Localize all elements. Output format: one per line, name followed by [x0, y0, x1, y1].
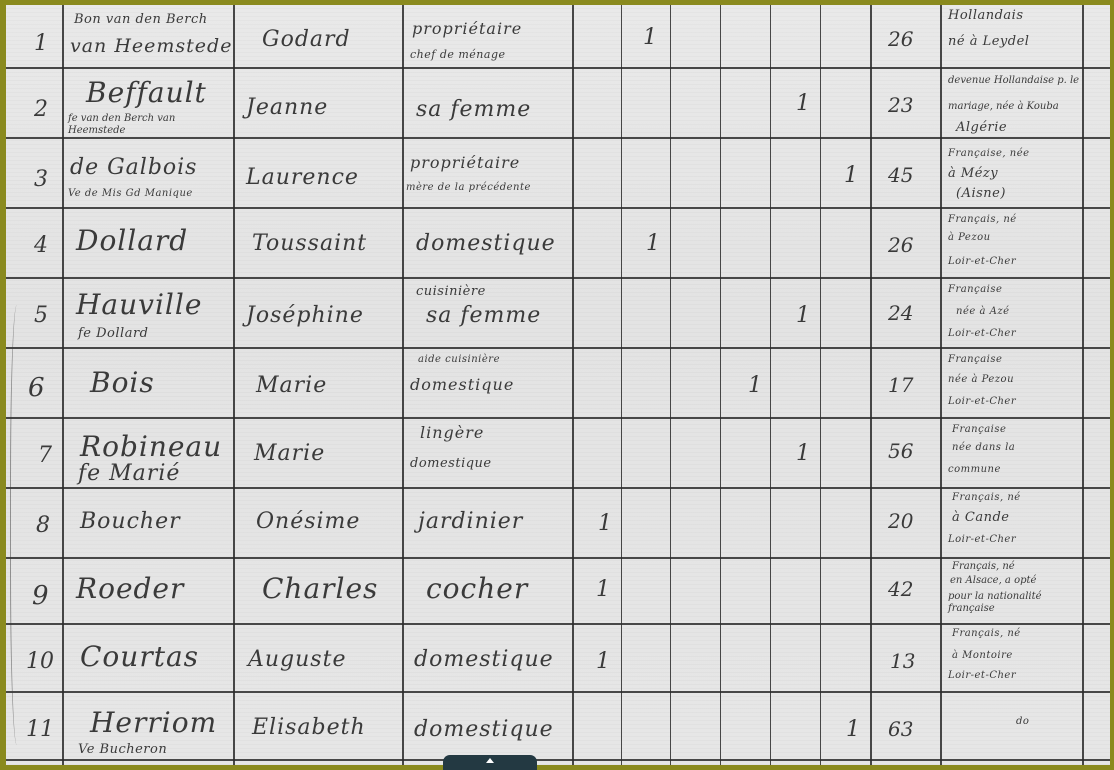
row-number: 8 — [36, 515, 50, 537]
tick-mark: 1 — [796, 443, 810, 465]
grid-line — [820, 5, 821, 765]
bracket-mark — [10, 305, 27, 745]
origin-line3: pour la nationalité française — [948, 591, 1082, 615]
origin-line3: Loir-et-Cher — [948, 329, 1016, 339]
tick-mark: 1 — [596, 579, 610, 601]
role-line1: sa femme — [416, 99, 531, 121]
age: 45 — [888, 165, 913, 185]
origin-line3: (Aisne) — [956, 187, 1006, 200]
surname-line1: Robineau — [80, 433, 222, 461]
origin-line2: à Montoire — [952, 651, 1013, 661]
tick-mark: 1 — [646, 233, 660, 255]
surname-line2: van Heemstede — [70, 37, 232, 56]
age: 24 — [888, 303, 913, 323]
given-name: Onésime — [256, 511, 360, 533]
surname-line1: Dollard — [76, 227, 188, 255]
chevron-up-icon — [486, 758, 494, 763]
surname-line1: Bon van den Berch — [74, 13, 208, 26]
origin-line1: Française — [948, 285, 1002, 295]
origin-line1: Français, né — [952, 561, 1015, 573]
row-divider — [6, 623, 1110, 625]
tick-mark: 1 — [748, 375, 762, 397]
row-number: 10 — [26, 651, 54, 673]
grid-line — [621, 5, 622, 765]
tick-mark: 1 — [596, 651, 610, 673]
row-divider — [6, 759, 1110, 761]
surname-line2: fe van den Berch van Heemstede — [68, 113, 228, 137]
row-divider — [6, 487, 1110, 489]
given-name: Joséphine — [246, 305, 364, 327]
origin-line1: Française, née — [948, 149, 1030, 159]
surname-line1: de Galbois — [70, 157, 197, 179]
role-line2: sa femme — [426, 305, 541, 327]
origin-line1: do — [1016, 717, 1029, 727]
age: 20 — [888, 511, 913, 531]
tick-mark: 1 — [844, 165, 858, 187]
row-divider — [6, 137, 1110, 139]
origin-line2: à Cande — [952, 511, 1009, 524]
given-name: Auguste — [248, 649, 346, 671]
grid-line — [940, 5, 942, 765]
surname-line2: fe Marié — [78, 463, 180, 485]
given-name: Marie — [256, 375, 327, 397]
row-divider — [6, 557, 1110, 559]
surname-line1: Bois — [90, 369, 155, 397]
origin-line1: Français, né — [952, 629, 1021, 639]
grid-line — [770, 5, 771, 765]
given-name: Elisabeth — [252, 717, 366, 739]
given-name: Jeanne — [246, 97, 328, 119]
tick-mark: 1 — [643, 27, 657, 49]
tick-mark: 1 — [796, 93, 810, 115]
age: 63 — [888, 719, 913, 739]
grid-line — [870, 5, 872, 765]
surname-line1: Hauville — [76, 291, 202, 319]
row-divider — [6, 347, 1110, 349]
age: 56 — [888, 441, 913, 461]
origin-line3: Algérie — [956, 121, 1007, 134]
role-line1: domestique — [416, 233, 556, 255]
surname-line2: Ve Bucheron — [78, 743, 167, 756]
row-number: 6 — [28, 375, 45, 401]
grid-line — [62, 5, 64, 765]
age: 42 — [888, 579, 913, 599]
grid-line — [233, 5, 235, 765]
grid-line — [720, 5, 721, 765]
origin-line2: née à Azé — [956, 307, 1010, 317]
census-page: 1 Bon van den Berch van Heemstede Godard… — [6, 5, 1110, 765]
surname-line1: Beffault — [86, 79, 207, 107]
row-number: 5 — [34, 305, 48, 327]
role-line2: domestique — [410, 377, 514, 393]
origin-line3: commune — [948, 465, 1001, 475]
role-line1: propriétaire — [410, 155, 520, 171]
row-number: 1 — [34, 33, 48, 55]
origin-line1: Française — [952, 425, 1006, 435]
age: 17 — [888, 375, 913, 395]
role-line2: mère de la précédente — [406, 183, 531, 193]
role-line1: lingère — [420, 425, 484, 441]
row-divider — [6, 207, 1110, 209]
surname-line2: Ve de Mis Gd Manique — [68, 189, 193, 199]
age: 26 — [888, 29, 913, 49]
surname-line1: Roeder — [76, 575, 184, 603]
origin-line1: Française — [948, 355, 1002, 365]
origin-line1: devenue Hollandaise p. le — [948, 75, 1080, 87]
role-line2: chef de ménage — [410, 49, 506, 60]
row-divider — [6, 277, 1110, 279]
grid-line — [402, 5, 404, 765]
origin-line2: à Mézy — [948, 167, 998, 180]
surname-line1: Courtas — [80, 643, 199, 671]
role-line1: cocher — [426, 575, 528, 603]
given-name: Laurence — [246, 167, 359, 189]
surname-line1: Herriom — [90, 709, 217, 737]
row-number: 9 — [32, 583, 49, 609]
role-line2: domestique — [410, 457, 492, 470]
row-divider — [6, 417, 1110, 419]
origin-line2: née dans la — [952, 443, 1015, 453]
role-line1: propriétaire — [412, 21, 522, 37]
role-line1: domestique — [414, 719, 554, 741]
origin-line2: mariage, née à Kouba — [948, 101, 1080, 113]
origin-line1: Hollandais — [948, 9, 1024, 22]
surname-line2: fe Dollard — [78, 327, 149, 340]
role-line1: cuisinière — [416, 285, 486, 298]
given-name: Toussaint — [252, 233, 367, 255]
origin-line3: Loir-et-Cher — [948, 397, 1016, 407]
tick-mark: 1 — [598, 513, 612, 535]
row-number: 2 — [34, 99, 48, 121]
grid-line — [572, 5, 574, 765]
origin-line1: Français, né — [948, 215, 1017, 225]
row-number: 7 — [38, 445, 52, 467]
given-name: Marie — [254, 443, 325, 465]
role-line1: domestique — [414, 649, 554, 671]
row-number: 3 — [34, 169, 48, 191]
origin-line3: Loir-et-Cher — [948, 535, 1016, 545]
origin-line2: en Alsace, a opté — [950, 575, 1036, 587]
origin-line1: Français, né — [952, 493, 1021, 503]
role-line1: jardinier — [418, 511, 523, 533]
role-line1: aide cuisinière — [418, 355, 500, 365]
tick-mark: 1 — [796, 305, 810, 327]
age: 13 — [890, 651, 915, 671]
given-name: Charles — [262, 575, 378, 603]
row-number: 11 — [26, 719, 54, 741]
origin-line3: Loir-et-Cher — [948, 671, 1016, 681]
row-number: 4 — [34, 235, 48, 257]
age: 23 — [888, 95, 913, 115]
origin-line3: Loir-et-Cher — [948, 257, 1016, 267]
grid-line — [670, 5, 671, 765]
tick-mark: 1 — [846, 719, 860, 741]
surname-line1: Boucher — [80, 511, 181, 533]
grid-line — [1082, 5, 1084, 765]
expand-panel-button[interactable] — [443, 755, 537, 770]
origin-line2: née à Pezou — [948, 375, 1014, 385]
origin-line2: à Pezou — [948, 233, 991, 243]
given-name: Godard — [262, 29, 351, 51]
row-divider — [6, 67, 1110, 69]
age: 26 — [888, 235, 913, 255]
row-divider — [6, 691, 1110, 693]
origin-line2: né à Leydel — [948, 35, 1029, 48]
